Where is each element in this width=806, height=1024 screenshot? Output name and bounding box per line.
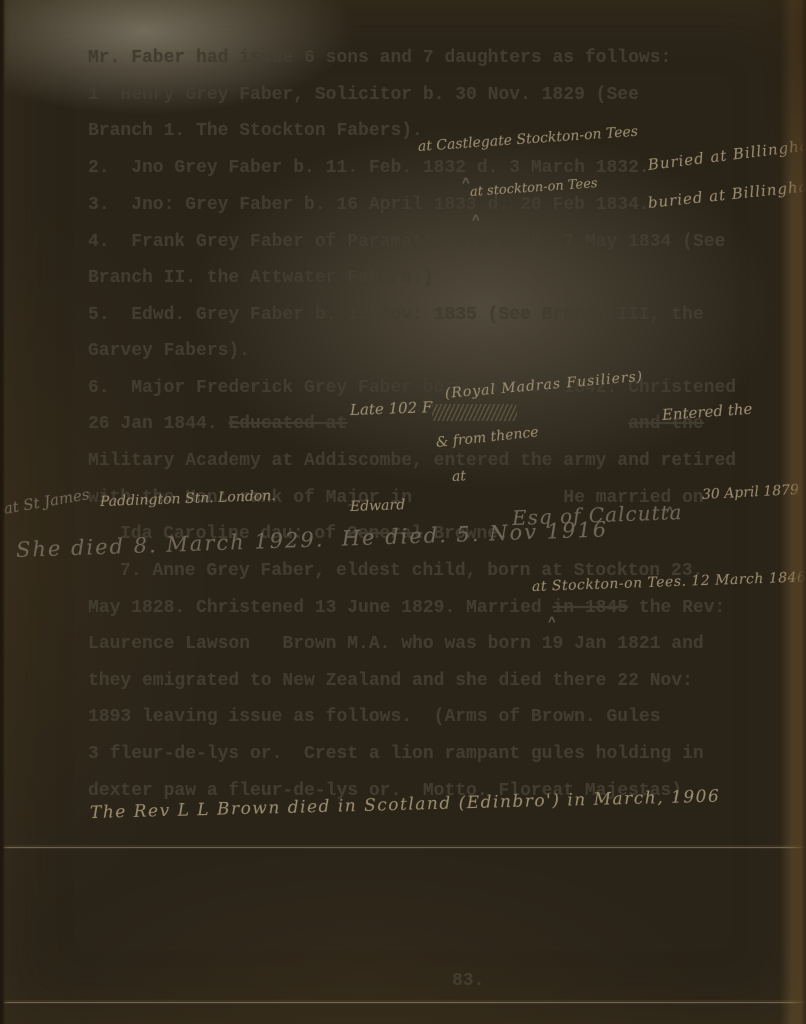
typed-text: 4. Frank Grey Faber of Paramatta N.S.W. … bbox=[88, 232, 725, 252]
typed-text: they emigrated to New Zealand and she di… bbox=[88, 671, 693, 691]
note-at-st-james: at St James bbox=[3, 487, 91, 517]
caret-mark: ^ bbox=[472, 214, 480, 227]
typed-text: Garvey Fabers). bbox=[88, 341, 250, 361]
typed-line: 2. Jno Grey Faber b. 11. Feb. 1832 d. 3 … bbox=[88, 158, 650, 178]
typed-text: Mr. Faber had issue 6 sons and 7 daughte… bbox=[88, 48, 671, 68]
note-at: at bbox=[452, 469, 467, 484]
page-number: 83. bbox=[452, 971, 484, 991]
typed-line: 3 fleur-de-lys or. Crest a lion rampant … bbox=[88, 744, 704, 764]
typed-text: Laurence Lawson Brown M.A. who was born … bbox=[88, 634, 704, 654]
note-buried-billingham-2: buried at Billingham bbox=[647, 178, 806, 211]
typed-text: 3 fleur-de-lys or. Crest a lion rampant … bbox=[88, 744, 704, 764]
scribbled-out-word bbox=[432, 404, 517, 421]
typed-text: the Rev: bbox=[628, 598, 725, 618]
typed-text: Branch II. the Attwater Fabers.) bbox=[88, 268, 434, 288]
fold-crease-lower bbox=[0, 1000, 806, 1002]
typed-line: Branch 1. The Stockton Fabers). bbox=[88, 121, 423, 141]
typed-line: 1 Henry Grey Faber, Solicitor b. 30 Nov.… bbox=[88, 85, 639, 105]
typed-line: Garvey Fabers). bbox=[88, 341, 250, 361]
typed-line: Mr. Faber had issue 6 sons and 7 daughte… bbox=[88, 48, 671, 68]
struck-text: Educated at bbox=[228, 414, 347, 434]
caret-mark: ^ bbox=[548, 616, 556, 629]
fold-crease-upper bbox=[0, 845, 806, 847]
typed-text: Branch 1. The Stockton Fabers). bbox=[88, 121, 423, 141]
typed-text: 2. Jno Grey Faber b. 11. Feb. 1832 d. 3 … bbox=[88, 158, 650, 178]
typed-text: 3. Jno: Grey Faber b. 16 April 1833 d. 2… bbox=[88, 195, 650, 215]
note-entered-the: Entered the bbox=[661, 402, 752, 423]
typed-text: 5. Edwd. Grey Faber b. 13 Nov: 1835 (See… bbox=[88, 305, 704, 325]
typed-line: 5. Edwd. Grey Faber b. 13 Nov: 1835 (See… bbox=[88, 305, 704, 325]
typed-text: May 1828. Christened 13 June 1829. Marri… bbox=[88, 598, 552, 618]
note-marriage-date: 30 April 1879 bbox=[702, 483, 800, 502]
typed-line: they emigrated to New Zealand and she di… bbox=[88, 671, 693, 691]
typed-line: 4. Frank Grey Faber of Paramatta N.S.W. … bbox=[88, 232, 725, 252]
typed-text: 1893 leaving issue as follows. (Arms of … bbox=[88, 707, 661, 727]
note-late-102: Late 102 F bbox=[350, 400, 433, 418]
note-buried-billingham-1: Buried at Billingham bbox=[647, 136, 806, 173]
typed-line: 3. Jno: Grey Faber b. 16 April 1833 d. 2… bbox=[88, 195, 650, 215]
typed-line: Military Academy at Addiscombe, entered … bbox=[88, 451, 736, 471]
typed-text: 1 Henry Grey Faber, Solicitor b. 30 Nov.… bbox=[88, 85, 639, 105]
note-edward: Edward bbox=[350, 498, 406, 514]
struck-text: in 1845 bbox=[552, 598, 628, 618]
typed-text: Military Academy at Addiscombe, entered … bbox=[88, 451, 736, 471]
typed-line: 1893 leaving issue as follows. (Arms of … bbox=[88, 707, 661, 727]
typed-line: Laurence Lawson Brown M.A. who was born … bbox=[88, 634, 704, 654]
typed-line: May 1828. Christened 13 June 1829. Marri… bbox=[88, 598, 725, 618]
typed-line: Branch II. the Attwater Fabers.) bbox=[88, 268, 434, 288]
note-castlegate: at Castlegate Stockton-on Tees bbox=[418, 125, 639, 154]
typed-text: 26 Jan 1844. bbox=[88, 414, 228, 434]
scanned-document-page: Mr. Faber had issue 6 sons and 7 daughte… bbox=[0, 0, 806, 1024]
top-right-corner-shadow bbox=[746, 0, 806, 260]
caret-mark: ^ bbox=[462, 177, 470, 190]
